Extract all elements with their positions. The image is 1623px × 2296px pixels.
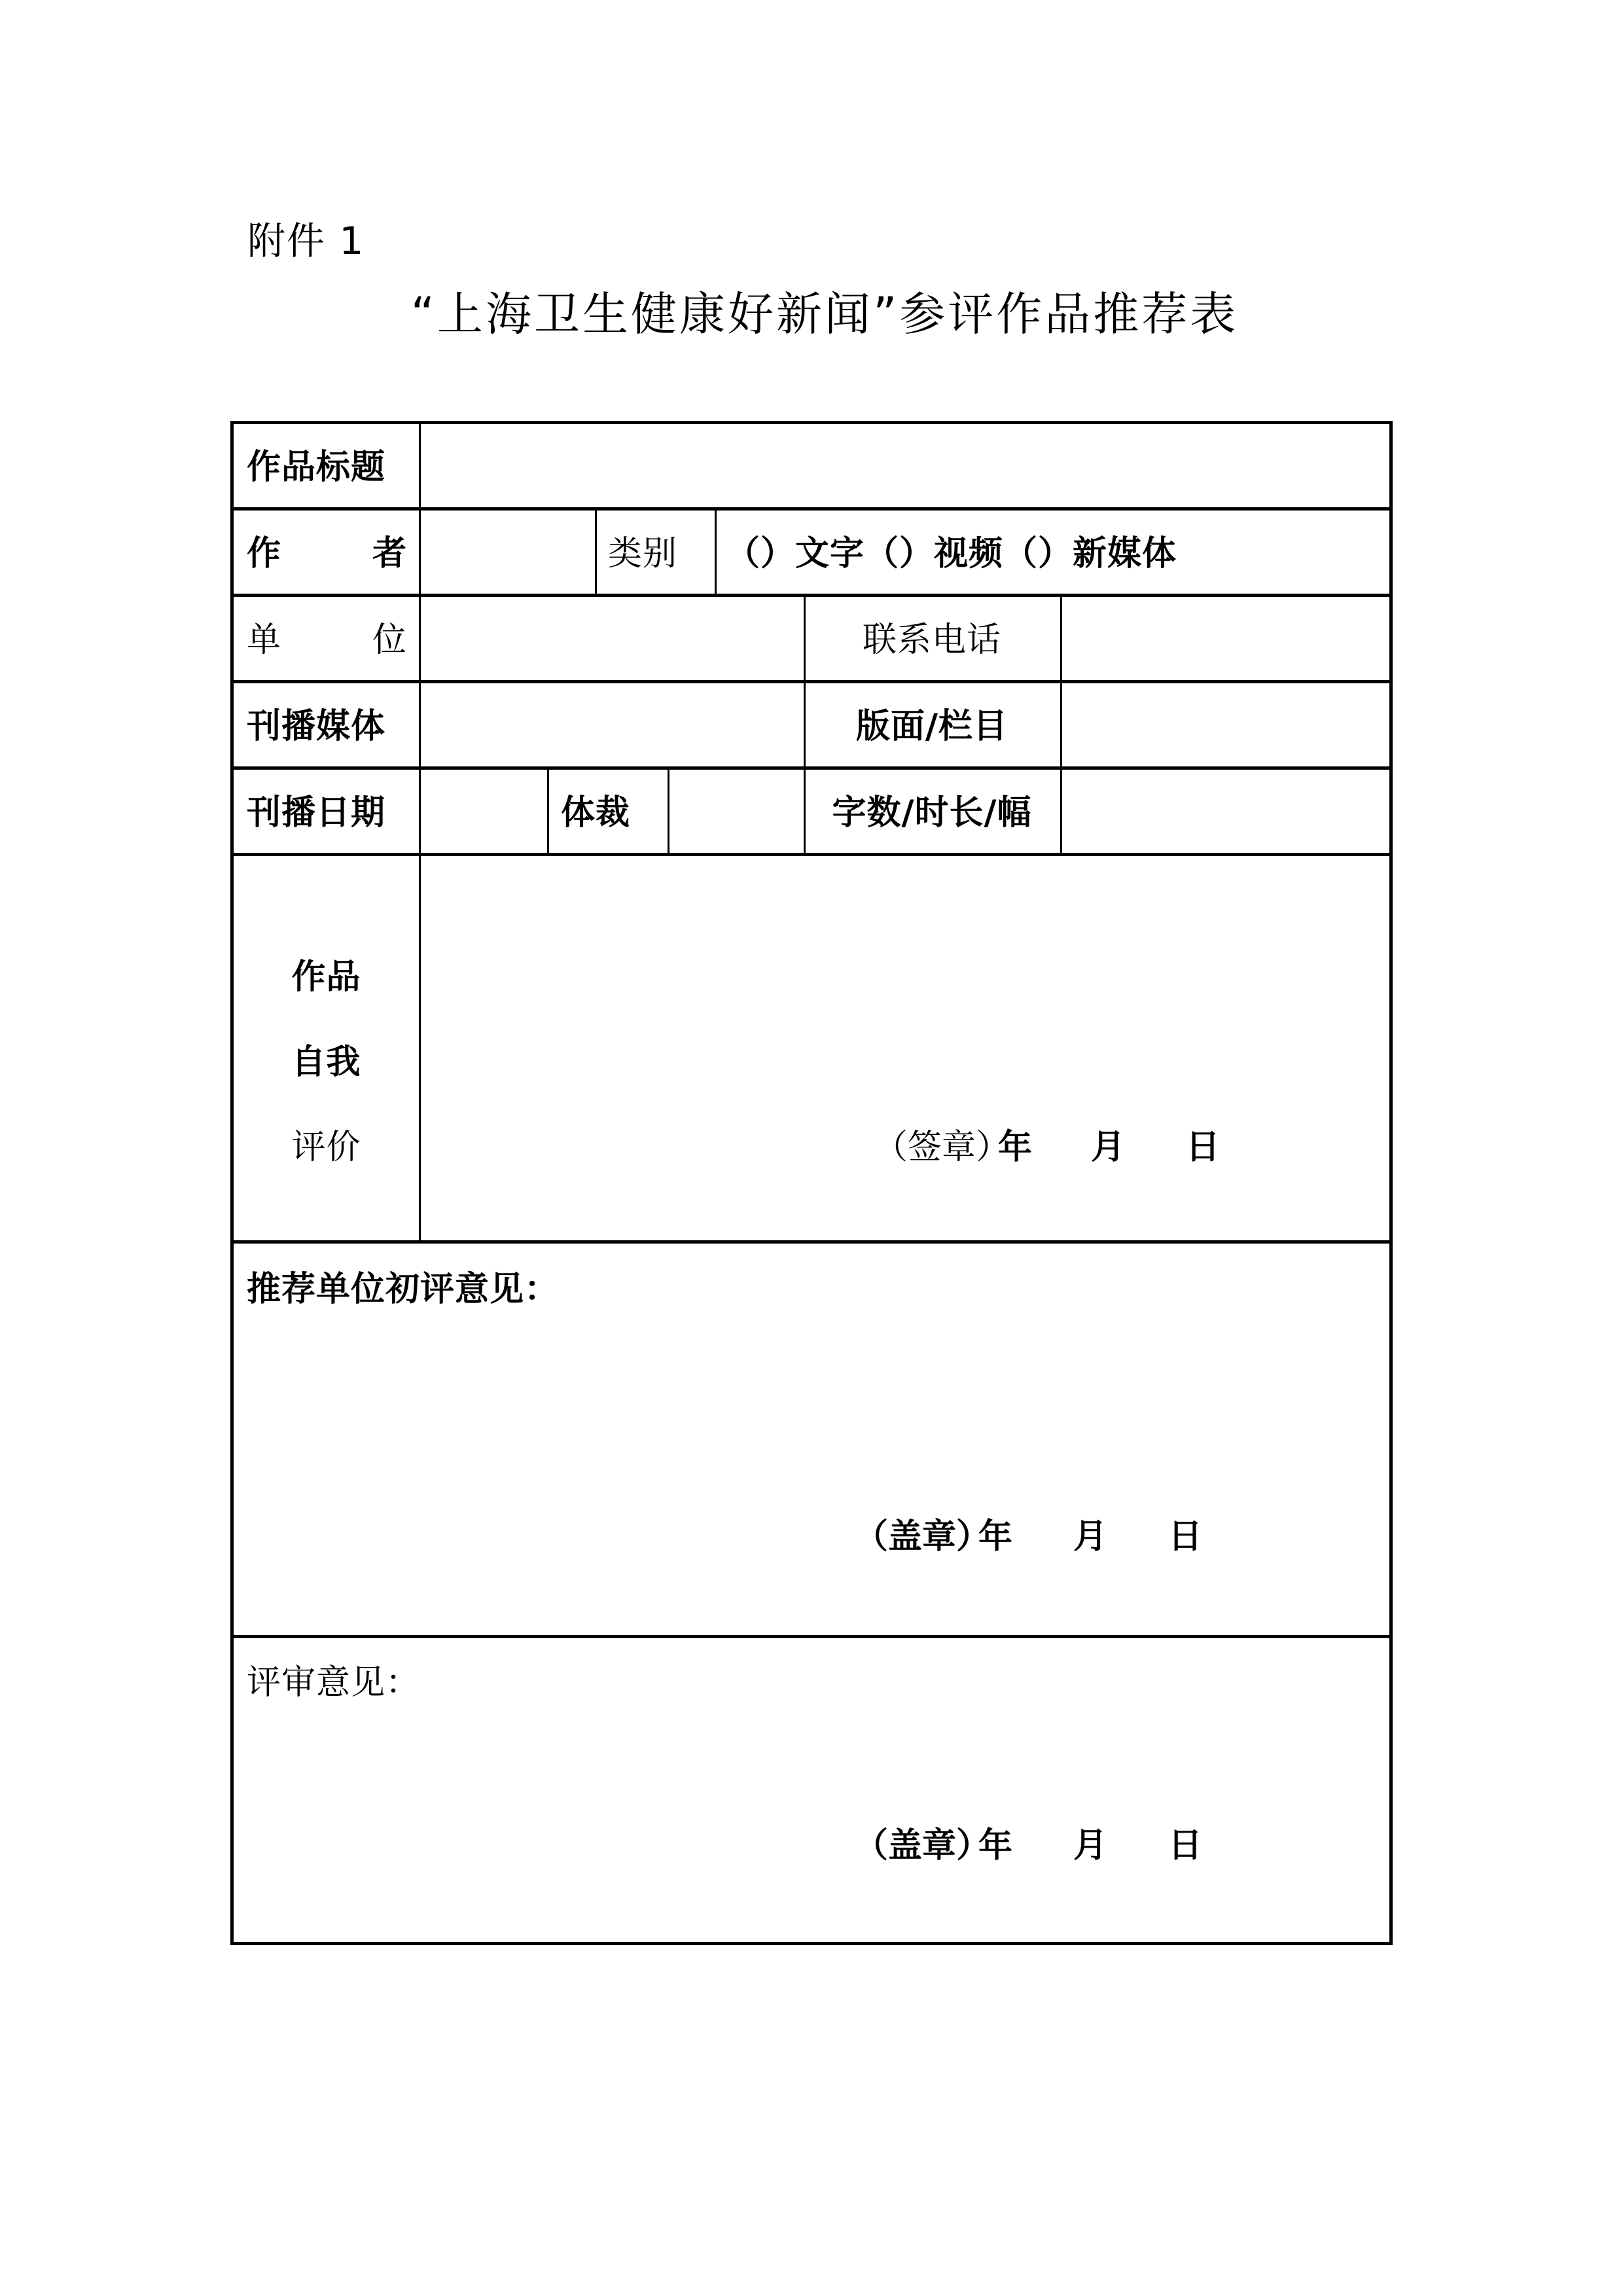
recommending-month: 月 <box>1073 1517 1107 1556</box>
review-day: 日 <box>1168 1826 1202 1865</box>
date-label: 刊播日期 <box>247 793 385 833</box>
review-opinion-textarea[interactable] <box>247 1713 1375 1814</box>
section-label: 版面/栏目 <box>804 707 1060 746</box>
review-stamp: （盖章） <box>854 1826 990 1865</box>
work-title-input[interactable] <box>430 444 1375 491</box>
category-label: 类别 <box>608 534 677 573</box>
unit-label: 单 位 <box>247 620 407 660</box>
self-eval-sign-stamp: （签章） <box>874 1128 1010 1167</box>
date-input[interactable] <box>427 788 544 835</box>
self-eval-month: 月 <box>1091 1128 1125 1167</box>
length-input[interactable] <box>1071 788 1382 835</box>
column-divider <box>419 424 421 1240</box>
row-divider <box>234 507 1389 511</box>
recommending-day: 日 <box>1168 1517 1202 1556</box>
phone-label: 联系电话 <box>804 620 1060 660</box>
review-year: 年 <box>978 1826 1012 1865</box>
column-divider <box>1060 594 1062 853</box>
self-eval-label-line-3: 评价 <box>234 1128 419 1167</box>
row-divider <box>234 1635 1389 1638</box>
self-eval-label-line-2: 自我 <box>234 1043 419 1082</box>
recommending-year: 年 <box>978 1517 1012 1556</box>
author-input[interactable] <box>427 529 590 576</box>
length-label: 字数/时长/幅 <box>804 793 1060 833</box>
genre-input[interactable] <box>675 788 799 835</box>
column-divider <box>715 507 717 594</box>
author-label: 作 者 <box>247 534 407 573</box>
review-month: 月 <box>1073 1826 1107 1865</box>
self-eval-textarea[interactable] <box>430 863 1375 1114</box>
row-divider <box>234 594 1389 597</box>
row-divider <box>234 853 1389 856</box>
self-eval-year: 年 <box>998 1128 1032 1167</box>
genre-label: 体裁 <box>561 793 630 833</box>
row-divider <box>234 680 1389 683</box>
unit-input[interactable] <box>427 615 796 662</box>
media-input[interactable] <box>427 702 796 749</box>
column-divider <box>668 766 669 853</box>
attachment-label: 附件 1 <box>247 215 365 267</box>
phone-input[interactable] <box>1071 615 1382 662</box>
self-eval-day: 日 <box>1186 1128 1220 1167</box>
self-eval-label-line-1: 作品 <box>234 958 419 997</box>
row-divider <box>234 1240 1389 1244</box>
column-divider <box>595 507 597 594</box>
media-label: 刊播媒体 <box>247 707 385 746</box>
recommending-stamp: （盖章） <box>854 1517 990 1556</box>
page-title: “上海卫生健康好新闻”参评作品推荐表 <box>0 281 1623 347</box>
review-opinion-label: 评审意见： <box>247 1663 420 1702</box>
row-divider <box>234 766 1389 770</box>
section-input[interactable] <box>1071 702 1382 749</box>
recommending-opinion-label: 推荐单位初评意见： <box>247 1270 559 1309</box>
column-divider <box>547 766 549 853</box>
category-options[interactable]: （）文字（）视频（）新媒体 <box>726 534 1177 573</box>
recommendation-form-table: 作品标题 作 者 类别 （）文字（）视频（）新媒体 单 位 联系电话 刊播媒体 … <box>230 421 1393 1945</box>
work-title-label: 作品标题 <box>247 448 385 487</box>
recommending-opinion-textarea[interactable] <box>247 1321 1375 1494</box>
